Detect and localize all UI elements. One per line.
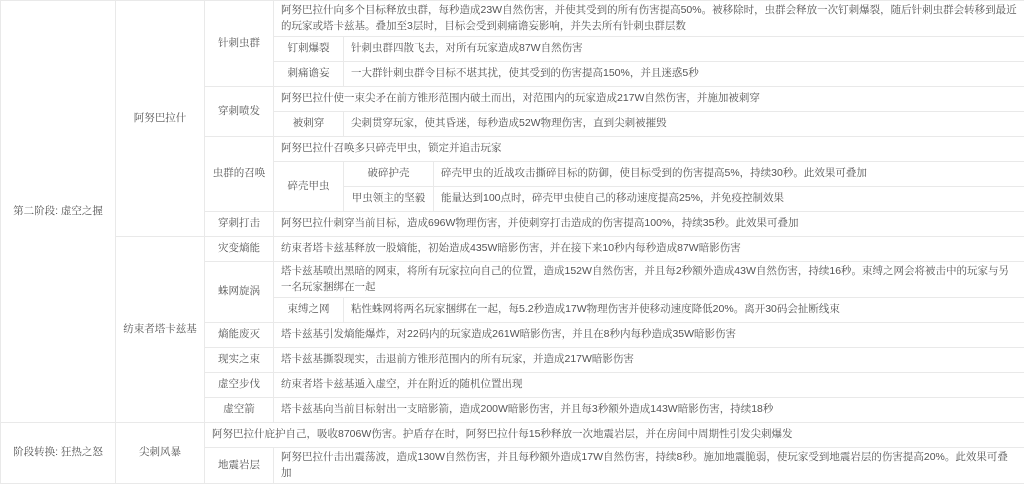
ability-description-cell: 阿努巴拉什庇护自己，吸收8706W伤害。护盾存在时，阿努巴拉什每15秒释放一次地…: [205, 423, 1024, 448]
sub-ability-description-cell: 碎壳甲虫的近战攻击撕碎目标的防御，使目标受到的伤害提高5%，持续30秒。此效果可…: [434, 162, 1024, 187]
ability-description-cell: 塔卡兹基向当前目标射出一支暗影箭，造成200W暗影伤害，并且每3秒额外造成143…: [274, 398, 1024, 423]
ability-name-cell: 虚空箭: [205, 398, 274, 423]
sub-ability-name-cell: 钉刺爆裂: [274, 37, 344, 62]
phase-cell: 阶段转换: 狂热之怒: [1, 423, 116, 484]
ability-name-cell: 现实之束: [205, 348, 274, 373]
ability-name-cell: 虚空步伐: [205, 373, 274, 398]
ability-description-cell: 纺束者塔卡兹基释放一股熵能，初始造成435W暗影伤害，并在接下来10秒内每秒造成…: [274, 237, 1024, 262]
sub-ability-name-cell: 甲虫领主的坚毅: [344, 187, 434, 212]
ability-description-cell: 阿努巴拉什向多个目标释放虫群，每秒造成23W自然伤害，并使其受到的所有伤害提高5…: [274, 1, 1024, 37]
sub-ability-name-cell: 束缚之网: [274, 298, 344, 323]
sub-ability-name-cell: 被刺穿: [274, 112, 344, 137]
minion-name-cell: 碎壳甲虫: [274, 162, 344, 212]
ability-name-cell: 穿刺打击: [205, 212, 274, 237]
sub-ability-description-cell: 能量达到100点时，碎壳甲虫使自己的移动速度提高25%，并免疫控制效果: [434, 187, 1024, 212]
ability-description-cell: 阿努巴拉什使一束尖矛在前方锥形范围内破土而出，对范围内的玩家造成217W自然伤害…: [274, 87, 1024, 112]
ability-name-cell: 熵能废灭: [205, 323, 274, 348]
sub-ability-name-cell: 破碎护壳: [344, 162, 434, 187]
sub-ability-description-cell: 尖刺贯穿玩家，使其昏迷，每秒造成52W物理伤害，直到尖刺被摧毁: [344, 112, 1024, 137]
ability-name-cell: 尖刺风暴: [116, 423, 205, 484]
sub-ability-name-cell: 地震岩层: [205, 448, 274, 484]
ability-name-cell: 虫群的召唤: [205, 137, 274, 212]
sub-ability-name-cell: 刺痛谵妄: [274, 62, 344, 87]
ability-description-cell: 塔卡兹基引发熵能爆炸，对22码内的玩家造成261W暗影伤害，并且在8秒内每秒造成…: [274, 323, 1024, 348]
boss-name-cell: 阿努巴拉什: [116, 1, 205, 237]
sub-ability-description-cell: 一大群针刺虫群令目标不堪其扰，使其受到的伤害提高150%，并且迷惑5秒: [344, 62, 1024, 87]
sub-ability-description-cell: 阿努巴拉什击出震荡波，造成130W自然伤害，并且每秒额外造成17W自然伤害，持续…: [274, 448, 1024, 484]
boss-abilities-table: 第二阶段: 虚空之握 阿努巴拉什 针刺虫群 阿努巴拉什向多个目标释放虫群，每秒造…: [0, 0, 1024, 484]
phase-cell: 第二阶段: 虚空之握: [1, 1, 116, 423]
sub-ability-description-cell: 粘性蛛网将两名玩家捆绑在一起，每5.2秒造成17W物理伤害并使移动速度降低20%…: [344, 298, 1024, 323]
ability-description-cell: 纺束者塔卡兹基遁入虚空，并在附近的随机位置出现: [274, 373, 1024, 398]
ability-description-cell: 塔卡兹基喷出黑暗的网束，将所有玩家拉向自己的位置，造成152W自然伤害，并且每2…: [274, 262, 1024, 298]
ability-name-cell: 穿刺喷发: [205, 87, 274, 137]
ability-description-cell: 阿努巴拉什召唤多只碎壳甲虫，锁定并追击玩家: [274, 137, 1024, 162]
ability-description-cell: 阿努巴拉什刺穿当前目标，造成696W物理伤害，并使刺穿打击造成的伤害提高100%…: [274, 212, 1024, 237]
ability-name-cell: 蛛网旋涡: [205, 262, 274, 323]
ability-name-cell: 针刺虫群: [205, 1, 274, 87]
ability-description-cell: 塔卡兹基撕裂现实，击退前方锥形范围内的所有玩家，并造成217W暗影伤害: [274, 348, 1024, 373]
ability-name-cell: 灾变熵能: [205, 237, 274, 262]
boss-name-cell: 纺束者塔卡兹基: [116, 237, 205, 423]
sub-ability-description-cell: 针刺虫群四散飞去，对所有玩家造成87W自然伤害: [344, 37, 1024, 62]
